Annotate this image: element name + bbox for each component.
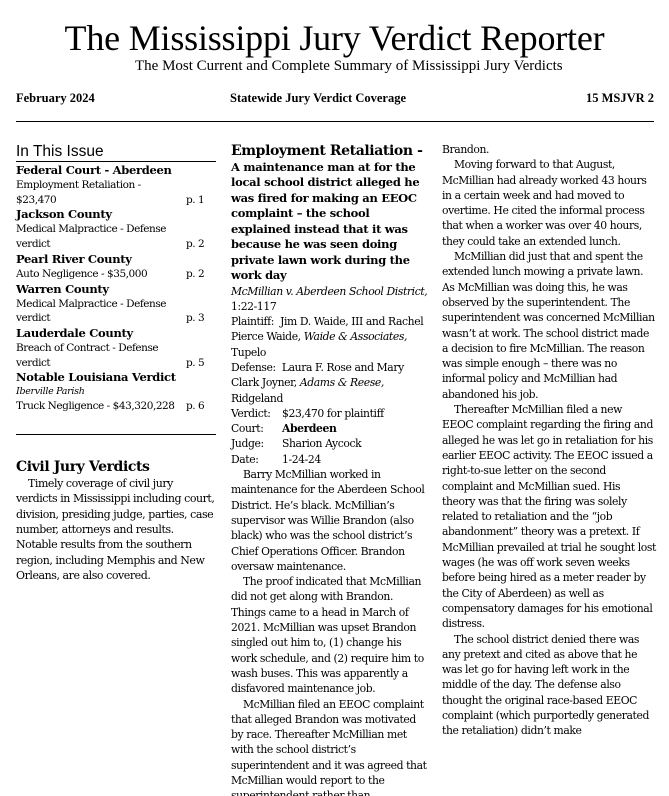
toc-entry-page: p. 2 — [186, 267, 216, 282]
case-name: McMillian v. Aberdeen School District, — [231, 285, 427, 298]
toc-entry[interactable]: Employment Retaliation - $23,470 p. 1 — [16, 178, 216, 207]
header-rule — [16, 121, 654, 122]
court-row: Court:Aberdeen — [231, 421, 429, 436]
issue-date: February 2024 — [16, 91, 95, 106]
verdict-value: $23,470 for plaintiff — [282, 406, 384, 421]
article-paragraph: Thereafter McMillian filed a new EEOC co… — [442, 402, 656, 631]
defense-counsel: Defense: Laura F. Rose and Mary Clark Jo… — [231, 360, 429, 406]
toc-entry-desc-line1: Breach of Contract - Defense — [16, 341, 176, 356]
toc-heading: Lauderdale County — [16, 326, 216, 341]
article-kicker: Employment Retaliation - — [231, 143, 422, 159]
toc-entry-desc: verdict — [16, 311, 176, 326]
toc-section: Lauderdale County Breach of Contract - D… — [16, 326, 216, 370]
article-paragraph: The school district denied there was any… — [442, 632, 656, 739]
date-row: Date:1-24-24 — [231, 452, 429, 467]
toc-entry-desc: verdict — [16, 237, 176, 252]
article-paragraph: Barry McMillian worked in maintenance fo… — [231, 467, 429, 574]
toc-section: Federal Court - Aberdeen Employment Reta… — [16, 163, 216, 207]
toc-entry[interactable]: verdict p. 3 — [16, 311, 216, 326]
article-paragraph: Moving forward to that August, McMillian… — [442, 157, 656, 249]
judge-row: Judge:Sharion Aycock — [231, 436, 429, 451]
toc-heading: Jackson County — [16, 207, 216, 222]
toc-entry-page: p. 6 — [186, 399, 216, 414]
masthead-subtitle: The Most Current and Complete Summary of… — [135, 57, 563, 75]
article-paragraph: McMillian filed an EEOC complaint that a… — [231, 697, 429, 796]
article-summary: A maintenance man at for the local schoo… — [231, 160, 419, 283]
article-column-2: Brandon. Moving forward to that August, … — [442, 142, 656, 739]
article-headline: Employment Retaliation - A maintenance m… — [231, 144, 429, 284]
masthead-title: The Mississippi Jury Verdict Reporter — [0, 18, 669, 58]
toc-entry-desc: Truck Negligence - $43,320,228 — [16, 399, 176, 414]
toc-heading: Federal Court - Aberdeen — [16, 163, 216, 178]
article-continuation: Brandon. — [442, 142, 656, 157]
toc-entry-desc: Employment Retaliation - $23,470 — [16, 178, 176, 207]
article-column-1: Employment Retaliation - A maintenance m… — [231, 144, 429, 796]
civil-verdicts-body: Timely coverage of civil jury verdicts i… — [16, 476, 216, 583]
coverage-label: Statewide Jury Verdict Coverage — [230, 91, 406, 106]
toc-title: In This Issue — [16, 142, 216, 162]
toc-section: Notable Louisiana Verdict Iberville Pari… — [16, 370, 216, 414]
date-value: 1-24-24 — [282, 452, 321, 467]
case-caption: McMillian v. Aberdeen School District, 1… — [231, 284, 429, 468]
case-number: 1:22-117 — [231, 299, 429, 314]
toc-entry-page: p. 2 — [186, 237, 216, 252]
toc-section: Warren County Medical Malpractice - Defe… — [16, 282, 216, 326]
toc-section: Pearl River County Auto Negligence - $35… — [16, 252, 216, 282]
toc-entry[interactable]: Medical Malpractice - Defense — [16, 222, 216, 237]
toc-entry[interactable]: Medical Malpractice - Defense — [16, 297, 216, 312]
judge-value: Sharion Aycock — [282, 436, 361, 451]
toc-entry-desc-line1: Medical Malpractice - Defense — [16, 297, 176, 312]
toc-heading: Notable Louisiana Verdict — [16, 370, 216, 385]
civil-verdicts-title: Civil Jury Verdicts — [16, 458, 216, 476]
toc-entry-page: p. 1 — [186, 193, 216, 208]
toc-parish: Iberville Parish — [16, 385, 216, 399]
toc-entry[interactable]: Truck Negligence - $43,320,228 p. 6 — [16, 399, 216, 414]
verdict-row: Verdict:$23,470 for plaintiff — [231, 406, 429, 421]
toc-heading: Pearl River County — [16, 252, 216, 267]
court-value: Aberdeen — [282, 421, 336, 436]
toc-entry[interactable]: verdict p. 5 — [16, 356, 216, 371]
article-paragraph: The proof indicated that McMillian did n… — [231, 574, 429, 696]
toc-entry-desc: Auto Negligence - $35,000 — [16, 267, 176, 282]
toc-heading: Warren County — [16, 282, 216, 297]
toc-entry[interactable]: verdict p. 2 — [16, 237, 216, 252]
article-paragraph: McMillian did just that and spent the ex… — [442, 249, 656, 402]
toc-section: Jackson County Medical Malpractice - Def… — [16, 207, 216, 251]
citation: 15 MSJVR 2 — [586, 91, 654, 106]
toc-entry-desc: verdict — [16, 356, 176, 371]
toc-entry-page: p. 5 — [186, 356, 216, 371]
left-column: In This Issue Federal Court - Aberdeen E… — [16, 142, 216, 583]
toc-entry-page: p. 3 — [186, 311, 216, 326]
toc-entry[interactable]: Auto Negligence - $35,000 p. 2 — [16, 267, 216, 282]
toc-divider — [16, 434, 216, 435]
toc-entry[interactable]: Breach of Contract - Defense — [16, 341, 216, 356]
toc-entry-desc-line1: Medical Malpractice - Defense — [16, 222, 176, 237]
plaintiff-counsel: Plaintiff: Jim D. Waide, III and Rachel … — [231, 314, 429, 360]
